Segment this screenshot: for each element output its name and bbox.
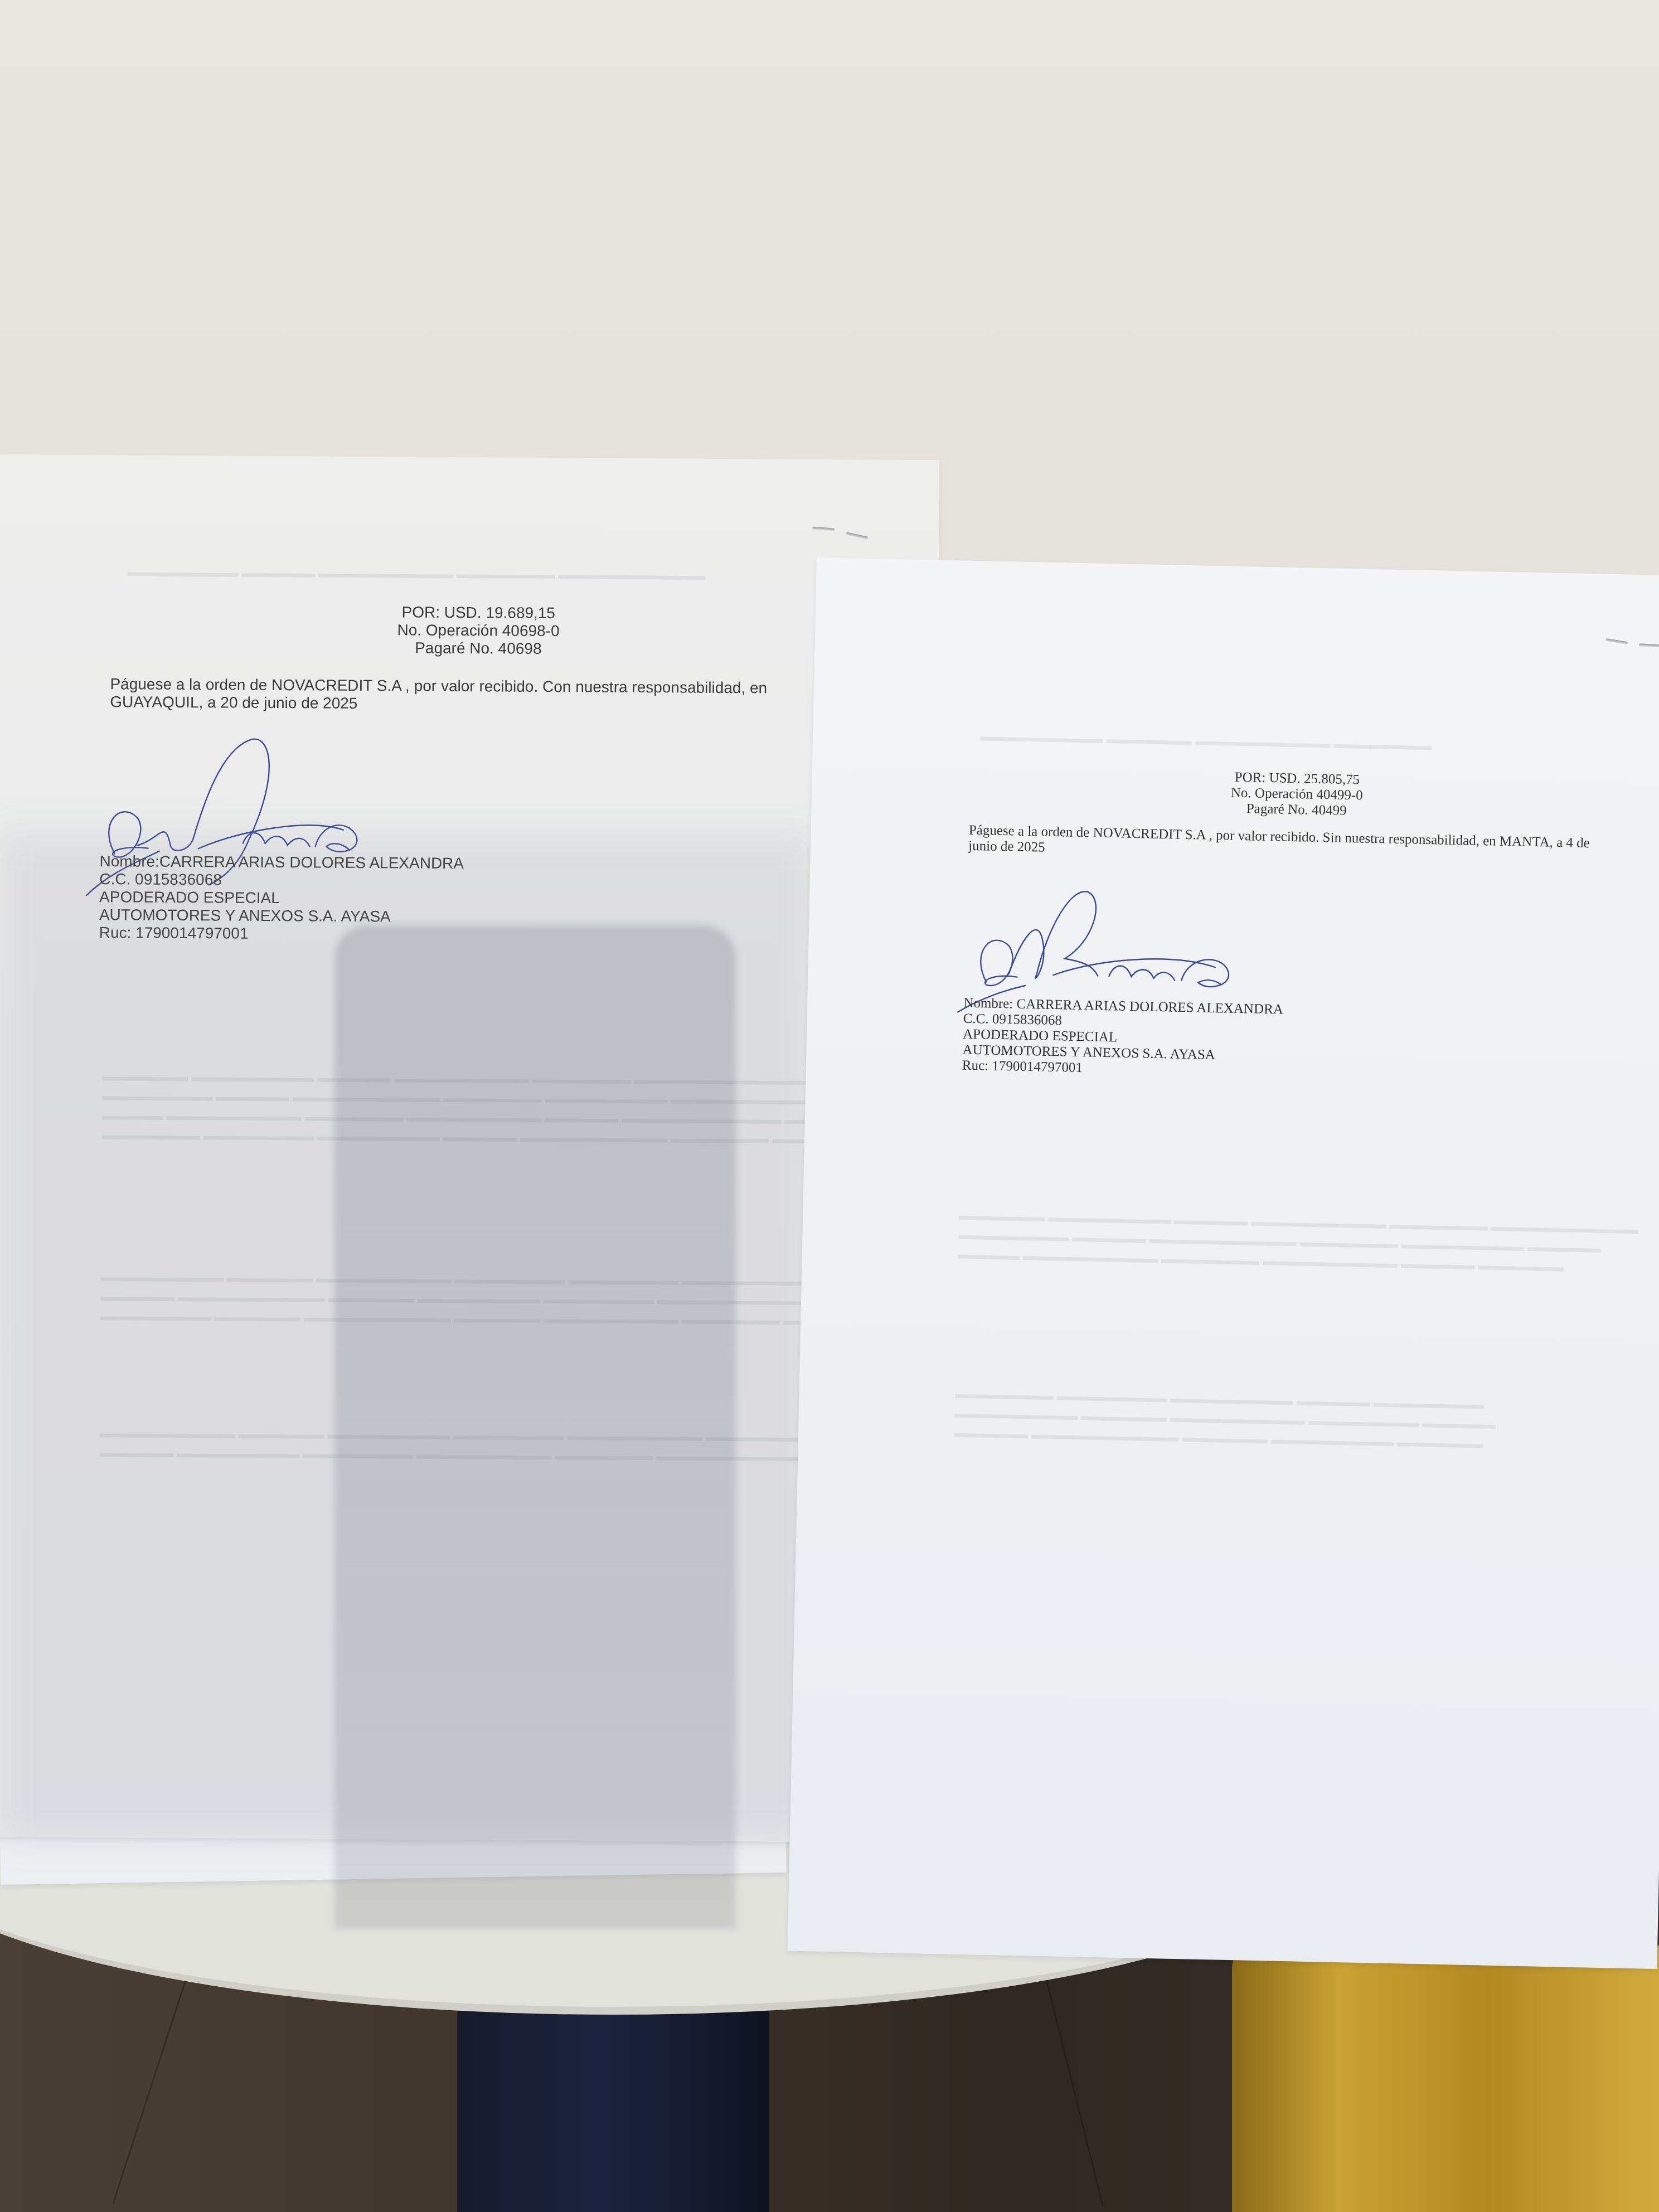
amount-line: POR: USD. 19.689,15 xyxy=(384,603,573,622)
document-right: ▬▬▬▬▬▬▬▬▬▬ ▬▬▬▬▬▬▬ ▬▬▬▬▬▬▬▬▬▬▬ ▬▬▬▬▬▬▬▬ … xyxy=(788,557,1659,1969)
pagare-number-line: Pagaré No. 40698 xyxy=(384,639,573,658)
yellow-chair xyxy=(1232,1946,1659,2212)
pagare-header: POR: USD. 19.689,15 No. Operación 40698-… xyxy=(384,603,574,658)
document-right-content: POR: USD. 25.805,75 No. Operación 40499-… xyxy=(788,557,1659,1969)
endorsement-text: Páguese a la orden de NOVACREDIT S.A , p… xyxy=(110,675,779,715)
person-legs xyxy=(457,1985,769,2212)
operation-line: No. Operación 40698-0 xyxy=(384,621,573,640)
signatory-block: Nombre: CARRERA ARIAS DOLORES ALEXANDRA … xyxy=(962,996,1283,1080)
hand-shadow xyxy=(334,925,736,1929)
pagare-header: POR: USD. 25.805,75 No. Operación 40499-… xyxy=(1212,769,1381,819)
endorsement-text: Páguese a la orden de NOVACREDIT S.A , p… xyxy=(968,823,1610,867)
